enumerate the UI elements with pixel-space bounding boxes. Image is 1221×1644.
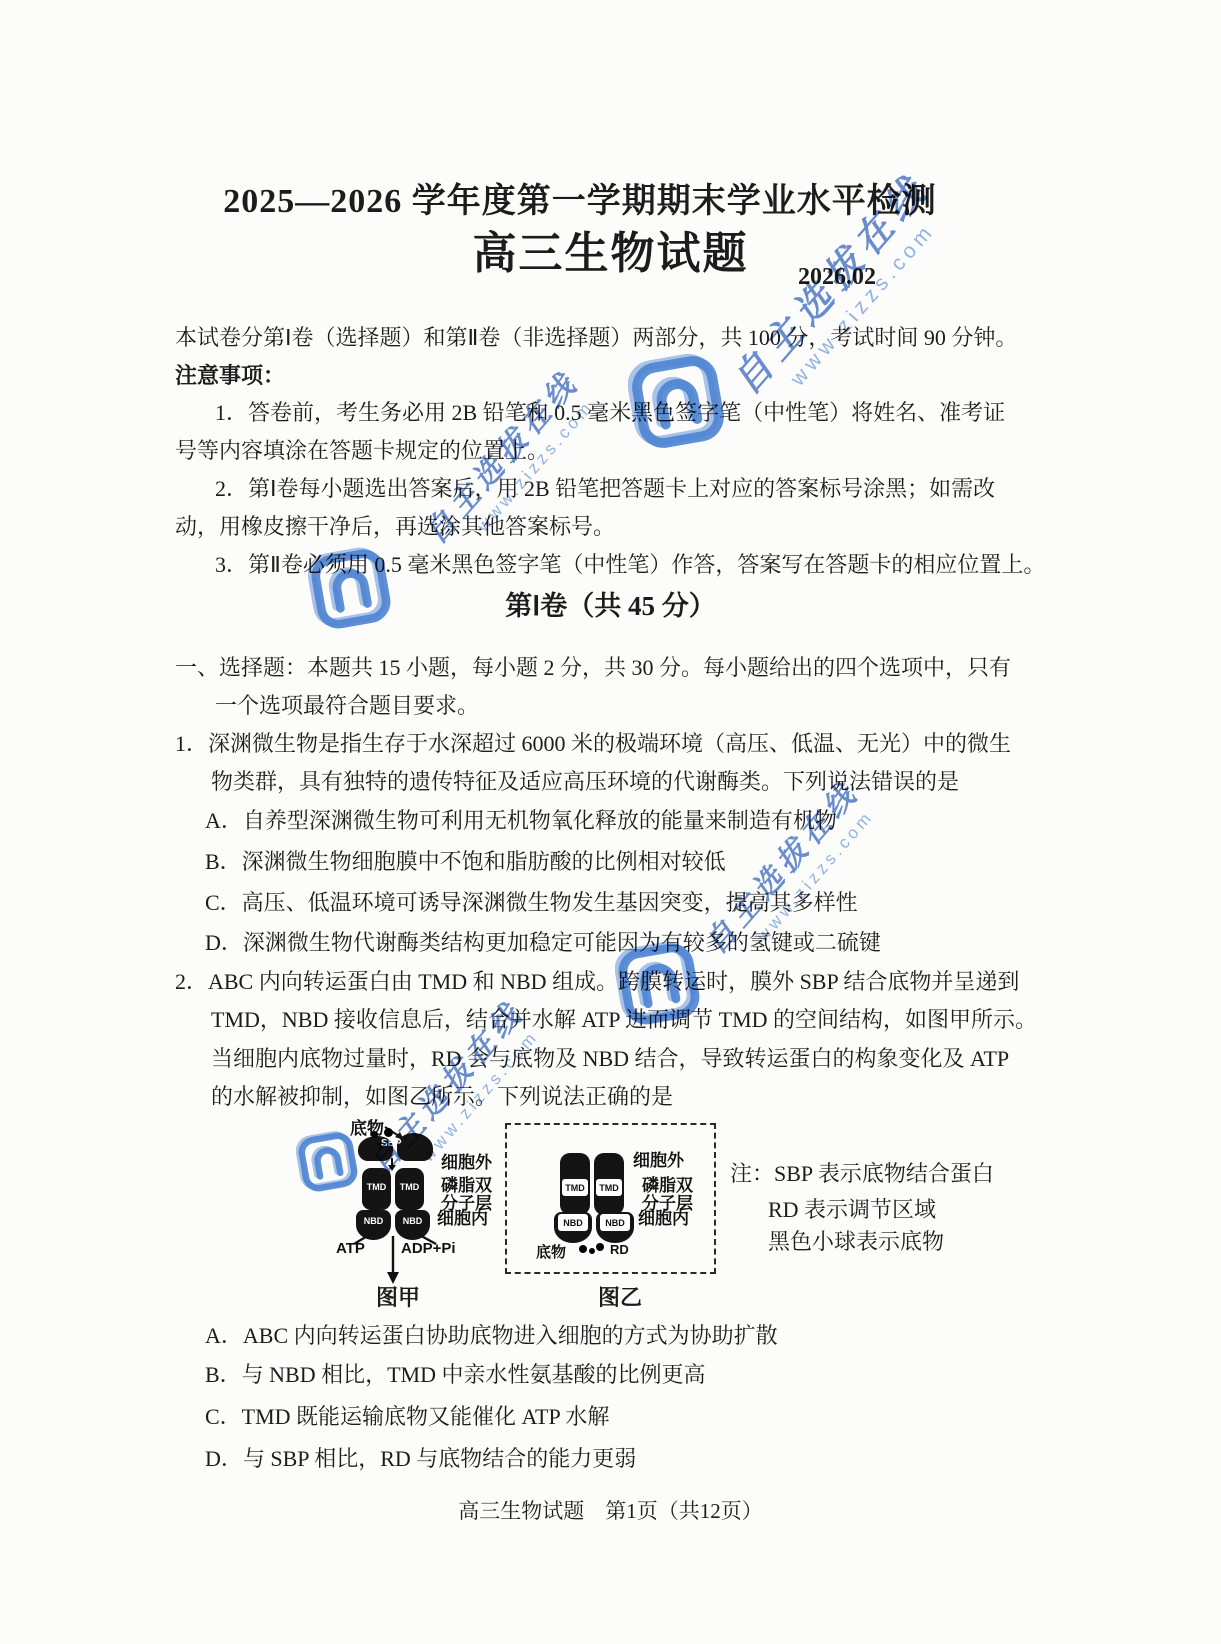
section-1-instruction-line1: 一、选择题：本题共 15 小题，每小题 2 分，共 30 分。每小题给出的四个选… — [175, 654, 1011, 682]
fig-jia-substrate-ball — [371, 1131, 378, 1138]
fig-jia-nbd-label-right: NBD — [396, 1216, 429, 1226]
fig-jia-adp-label: ADP+Pi — [401, 1240, 456, 1257]
fig-yi-substrate-ball — [589, 1248, 595, 1254]
fig-note-line1: 注：SBP 表示底物结合蛋白 — [730, 1160, 994, 1188]
q2-option-d: D．与 SBP 相比，RD 与底物结合的能力更弱 — [205, 1445, 636, 1473]
notice-item-2-line2: 动，用橡皮擦干净后，再选涂其他答案标号。 — [175, 513, 615, 541]
fig-jia-reaction-arrows — [332, 1226, 482, 1288]
q1-stem-line2: 物类群，具有独特的遗传特征及适应高压环境的代谢酶类。下列说法错误的是 — [211, 768, 959, 796]
q2-option-c: C．TMD 既能运输底物又能催化 ATP 水解 — [205, 1403, 609, 1431]
q2-option-b: B．与 NBD 相比，TMD 中亲水性氨基酸的比例更高 — [205, 1361, 706, 1389]
intro-paragraph: 本试卷分第Ⅰ卷（选择题）和第Ⅱ卷（非选择题）两部分，共 100 分，考试时间 9… — [175, 324, 1017, 352]
fig-yi-caption: 图乙 — [598, 1284, 642, 1312]
watermark-logo-icon — [296, 1130, 360, 1194]
q1-option-d: D．深渊微生物代谢酶类结构更加稳定可能因为有较多的氢键或二硫键 — [205, 929, 881, 957]
q1-option-a: A．自养型深渊微生物可利用无机物氧化释放的能量来制造有机物 — [205, 807, 837, 835]
q2-stem-line4: 的水解被抑制，如图乙所示。下列说法正确的是 — [211, 1083, 673, 1111]
section-1-heading: 第Ⅰ卷（共 45 分） — [0, 592, 1221, 620]
fig-jia-tmd-label-left: TMD — [364, 1182, 389, 1192]
notice-item-2-line1: 2．第Ⅰ卷每小题选出答案后，用 2B 铅笔把答题卡上对应的答案标号涂黑；如需改 — [215, 475, 995, 503]
fig-yi-outside-label: 细胞外 — [633, 1146, 684, 1171]
fig-jia-substrate-ball — [384, 1128, 393, 1137]
fig-yi-inside-label: 细胞内 — [638, 1204, 689, 1229]
exam-subject-title: 高三生物试题 — [0, 240, 1221, 268]
q1-option-c: C．高压、低温环境可诱导深渊微生物发生基因突变，提高其多样性 — [205, 889, 858, 917]
fig-jia-nbd-label-left: NBD — [357, 1216, 390, 1226]
fig-note-line2: RD 表示调节区域 — [768, 1196, 936, 1224]
fig-jia-caption: 图甲 — [376, 1284, 420, 1312]
fig-jia-atp-label: ATP — [336, 1240, 365, 1257]
section-1-instruction-line2: 一个选项最符合题目要求。 — [215, 692, 479, 720]
fig-yi-tmd-label-left: TMD — [562, 1179, 588, 1196]
fig-yi-substrate-ball — [596, 1243, 604, 1251]
exam-title: 2025—2026 学年度第一学期期末学业水平检测 — [0, 188, 1160, 216]
q2-stem-line2: TMD，NBD 接收信息后，结合并水解 ATP 进而调节 TMD 的空间结构，如… — [211, 1006, 1037, 1034]
fig-yi-nbd-label-right: NBD — [600, 1214, 630, 1231]
page-footer: 高三生物试题 第1页（共12页） — [0, 1497, 1221, 1525]
q1-option-b: B．深渊微生物细胞膜中不饱和脂肪酸的比例相对较低 — [205, 848, 726, 876]
q2-option-a: A．ABC 内向转运蛋白协助底物进入细胞的方式为协助扩散 — [205, 1322, 778, 1350]
notice-item-1-line1: 1．答卷前，考生务必用 2B 铅笔和 0.5 毫米黑色签字笔（中性笔）将姓名、准… — [215, 399, 1005, 427]
notice-heading: 注意事项： — [175, 362, 285, 390]
fig-jia-sbp-label: SBP — [381, 1138, 402, 1149]
fig-yi-rd-label: RD — [610, 1242, 629, 1257]
fig-yi-substrate-ball — [579, 1245, 587, 1253]
watermark-brand-url: www.zizzs.com — [786, 197, 959, 391]
fig-yi-tmd-label-right: TMD — [596, 1179, 622, 1196]
notice-item-1-line2: 号等内容填涂在答题卡规定的位置上。 — [175, 437, 549, 465]
notice-item-3: 3．第Ⅱ卷必须用 0.5 毫米黑色签字笔（中性笔）作答，答案写在答题卡的相应位置… — [215, 551, 1045, 579]
fig-jia-outside-label: 细胞外 — [441, 1148, 492, 1173]
q2-stem-line3: 当细胞内底物过量时，RD 会与底物及 NBD 结合，导致转运蛋白的构象变化及 A… — [211, 1045, 1009, 1073]
fig-note-line3: 黑色小球表示底物 — [768, 1228, 944, 1256]
q2-stem-line1: 2．ABC 内向转运蛋白由 TMD 和 NBD 组成。跨膜转运时，膜外 SBP … — [175, 968, 1019, 996]
fig-jia-tmd-label-right: TMD — [397, 1182, 422, 1192]
q1-stem-line1: 1．深渊微生物是指生存于水深超过 6000 米的极端环境（高压、低温、无光）中的… — [175, 730, 1011, 758]
fig-yi-nbd-label-left: NBD — [558, 1214, 588, 1231]
fig-yi-substrate-label: 底物 — [536, 1241, 566, 1262]
exam-paper-page: 2025—2026 学年度第一学期期末学业水平检测 高三生物试题 2026.02… — [0, 0, 1221, 1644]
exam-date: 2026.02 — [798, 263, 876, 291]
fig-jia-sbp-lobe-right — [397, 1133, 433, 1161]
